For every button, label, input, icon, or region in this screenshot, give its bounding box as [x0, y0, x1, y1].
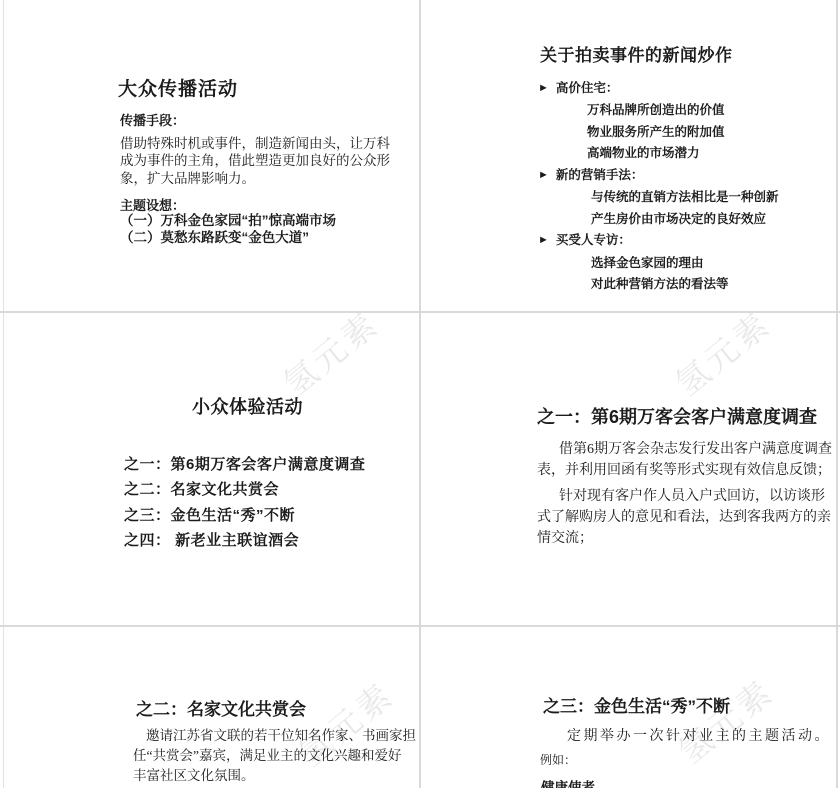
- page-left-border: [3, 0, 4, 788]
- list-item: （二）莫愁东路跃变“金色大道”: [120, 229, 336, 246]
- text-line: 成为事件的主角，借此塑造更加良好的公众形: [120, 152, 390, 169]
- section-label: 例如：: [540, 751, 576, 768]
- sub-item: 产生房价由市场决定的良好效应: [538, 209, 779, 230]
- column-divider: [419, 0, 421, 788]
- text-line: 借助特殊时机或事件，制造新闻由头，让万科: [120, 135, 390, 152]
- list-item: 之三：金色生活“秀”不断: [124, 503, 365, 528]
- body-paragraph: 借第6期万客会杂志发行发出客户满意度调查 表，并利用回函有奖等形式实现有效信息反…: [537, 439, 832, 481]
- bullet-heading-label: 新的营销手法：: [556, 168, 644, 182]
- sub-item: 选择金色家园的理由: [538, 253, 779, 274]
- list-item: 之一：第6期万客会客户满意度调查: [124, 452, 365, 477]
- row-divider-2: [0, 625, 840, 627]
- text-line: 丰富社区文化氛围。: [133, 766, 416, 786]
- text-line: 针对现有客户作人员入户式回访，以访谈形: [559, 486, 831, 507]
- bullet-heading: ►新的营销手法：: [538, 165, 779, 187]
- bullet-triangle-icon: ►: [538, 82, 549, 94]
- slide-thumbnail-2[interactable]: 关于拍卖事件的新闻炒作 ►高价住宅： 万科品牌所创造出的价值 物业服务所产生的附…: [421, 0, 836, 311]
- text-line: 象，扩大品牌影响力。: [120, 170, 390, 187]
- sub-item: 与传统的直销方法相比是一种创新: [538, 187, 779, 208]
- text-line: 任“共赏会”嘉宾，满足业主的文化兴趣和爱好: [133, 746, 416, 766]
- text-line: 借第6期万客会杂志发行发出客户满意度调查: [559, 439, 832, 460]
- row-divider-1: [0, 311, 840, 313]
- list-item: 之二：名家文化共赏会: [124, 477, 365, 502]
- bullet-triangle-icon: ►: [538, 169, 549, 181]
- bullet-heading-label: 高价住宅：: [556, 81, 619, 95]
- slide-title: 之二：名家文化共赏会: [136, 695, 306, 720]
- slide-thumbnail-4[interactable]: 之一：第6期万客会客户满意度调查 借第6期万客会杂志发行发出客户满意度调查 表，…: [421, 313, 836, 625]
- sub-item: 高端物业的市场潜力: [538, 143, 779, 164]
- text-line: 邀请江苏省文联的若干位知名作家、书画家担: [146, 726, 416, 746]
- slide-title: 大众传播活动: [118, 74, 238, 101]
- slide-title: 之一：第6期万客会客户满意度调查: [537, 403, 817, 429]
- sub-item: 万科品牌所创造出的价值: [538, 100, 779, 121]
- section-label: 传播手段：: [120, 110, 185, 129]
- bullet-triangle-icon: ►: [538, 234, 549, 246]
- slide-thumbnail-1[interactable]: 大众传播活动 传播手段： 借助特殊时机或事件，制造新闻由头，让万科 成为事件的主…: [4, 0, 419, 311]
- slide-preview-grid: 氢元素 氢元素 氢元素 氢元素 大众传播活动 传播手段： 借助特殊时机或事件，制…: [0, 0, 840, 788]
- text-line: 式了解购房人的意见和看法，达到客我两方的亲: [537, 507, 831, 528]
- bullet-heading-label: 买受人专访：: [556, 233, 631, 247]
- sub-item: 对此种营销方法的看法等: [538, 274, 779, 295]
- sub-item: 物业服务所产生的附加值: [538, 122, 779, 143]
- slide-thumbnail-6[interactable]: 之三：金色生活“秀”不断 定期举办一次针对业主的主题活动。 例如： 健康使者: [421, 627, 836, 788]
- bullet-heading: ►高价住宅：: [538, 78, 779, 100]
- body-paragraph: 邀请江苏省文联的若干位知名作家、书画家担 任“共赏会”嘉宾，满足业主的文化兴趣和…: [133, 726, 416, 786]
- list-item: 之四： 新老业主联谊酒会: [124, 528, 365, 553]
- slide-thumbnail-5[interactable]: 之二：名家文化共赏会 邀请江苏省文联的若干位知名作家、书画家担 任“共赏会”嘉宾…: [4, 627, 419, 788]
- numbered-theme-list: （一）万科金色家园“拍”惊高端市场 （二）莫愁东路跃变“金色大道”: [120, 212, 336, 247]
- body-paragraph: 借助特殊时机或事件，制造新闻由头，让万科 成为事件的主角，借此塑造更加良好的公众…: [120, 135, 390, 187]
- text-line: 情交流；: [537, 528, 831, 549]
- bullet-heading: ►买受人专访：: [538, 230, 779, 252]
- text-line: 表，并利用回函有奖等形式实现有效信息反馈；: [537, 460, 832, 481]
- list-item: 健康使者: [541, 776, 595, 788]
- bullet-list: ►高价住宅： 万科品牌所创造出的价值 物业服务所产生的附加值 高端物业的市场潜力…: [538, 78, 779, 296]
- numbered-list: 之一：第6期万客会客户满意度调查 之二：名家文化共赏会 之三：金色生活“秀”不断…: [124, 452, 365, 554]
- body-paragraph: 定期举办一次针对业主的主题活动。: [567, 725, 831, 745]
- slide-title: 小众体验活动: [192, 393, 303, 419]
- list-item: （一）万科金色家园“拍”惊高端市场: [120, 212, 336, 229]
- slide-title: 关于拍卖事件的新闻炒作: [540, 41, 733, 66]
- page-right-border: [836, 0, 838, 788]
- slide-title: 之三：金色生活“秀”不断: [543, 692, 730, 717]
- body-paragraph: 针对现有客户作人员入户式回访，以访谈形 式了解购房人的意见和看法，达到客我两方的…: [537, 486, 831, 549]
- slide-thumbnail-3[interactable]: 小众体验活动 之一：第6期万客会客户满意度调查 之二：名家文化共赏会 之三：金色…: [4, 313, 419, 625]
